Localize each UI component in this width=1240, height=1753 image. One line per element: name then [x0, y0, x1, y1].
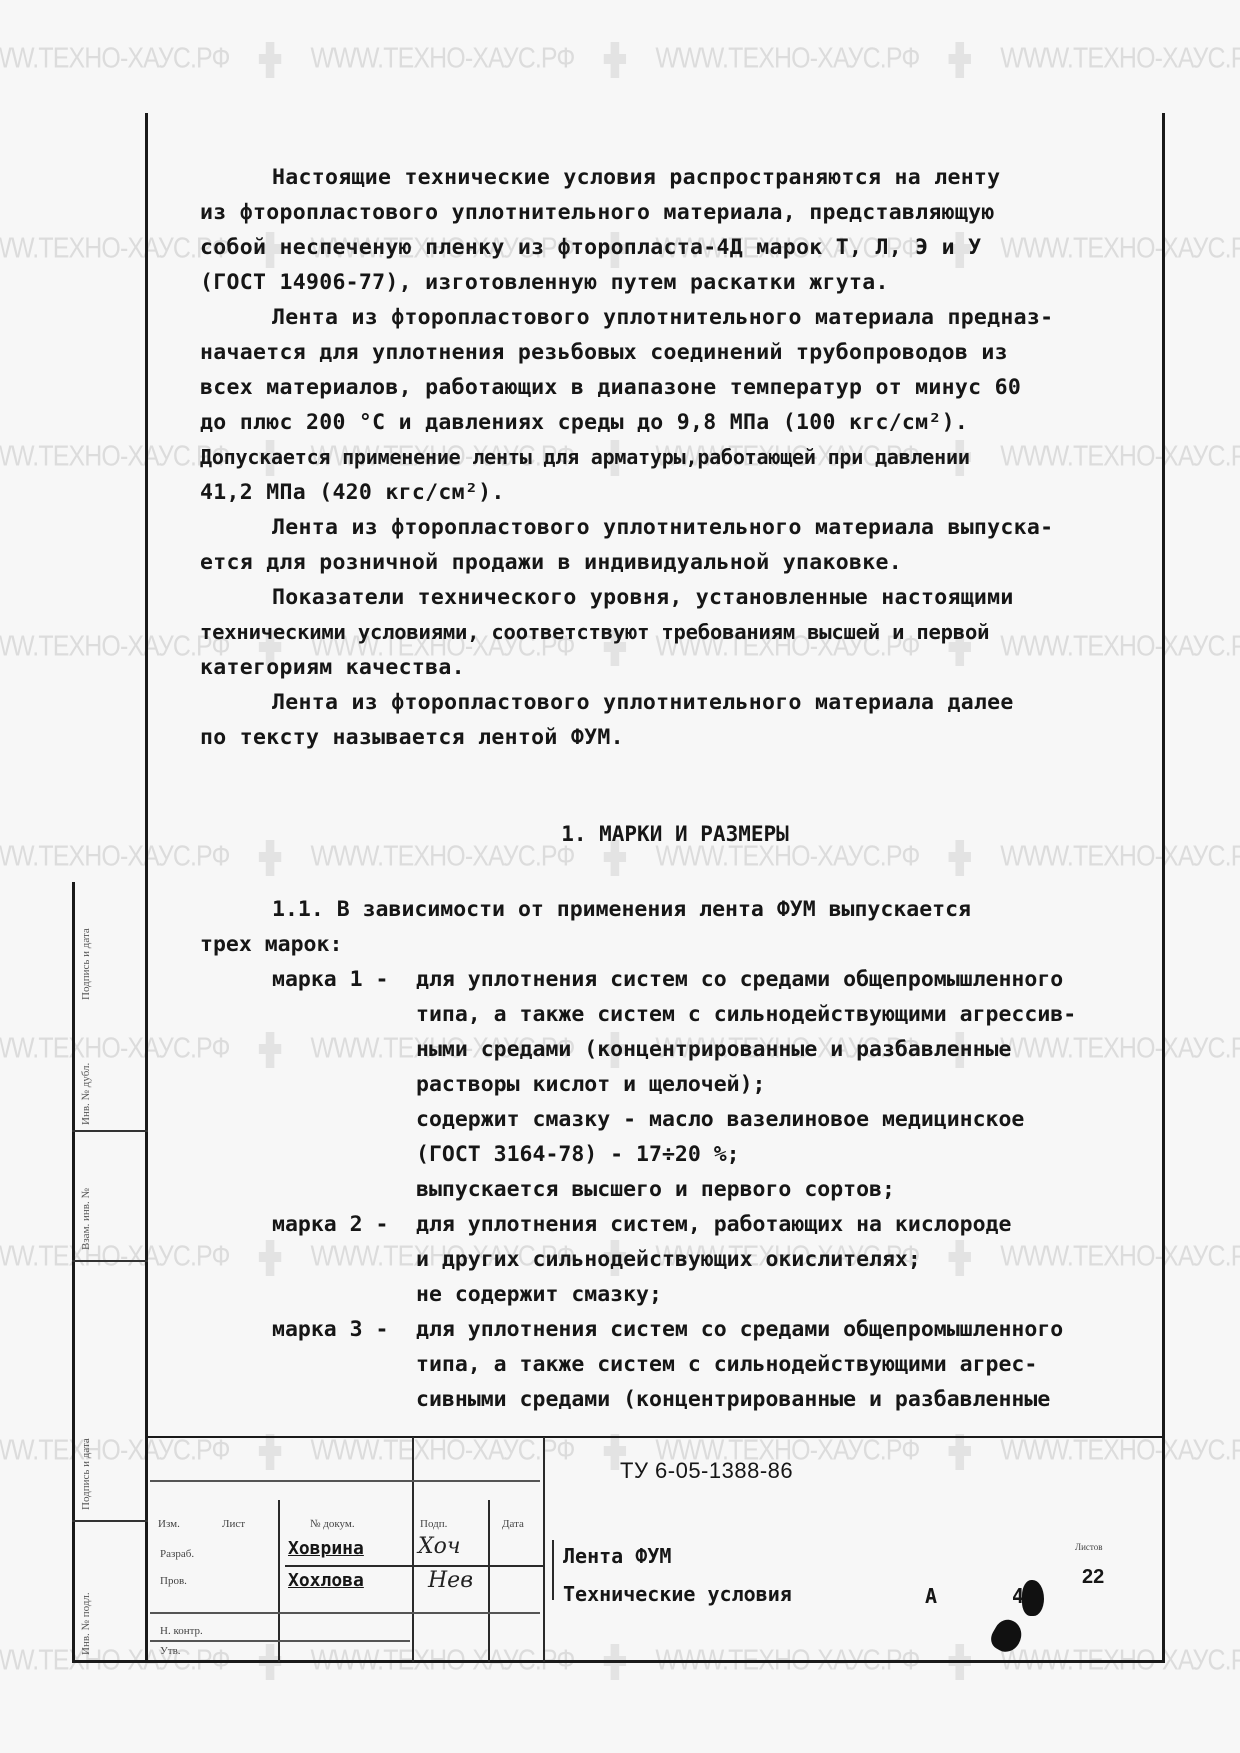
paragraph: Лента из фторопластового уплотнительного…: [200, 685, 1160, 755]
clause-1-1: 1.1. В зависимости от применения лента Ф…: [200, 892, 1160, 927]
document-code: ТУ 6-05-1388-86: [620, 1458, 793, 1484]
watermark-text: WWW.ТЕХНО-ХАУС.РФ: [310, 43, 574, 75]
margin-label-vzam: Взам. инв. №: [80, 1188, 92, 1250]
margin-column-border: [72, 882, 75, 1662]
margin-label-sign-date: Подпись и дата: [80, 1438, 92, 1510]
tb-role-approver: Утв.: [160, 1645, 181, 1657]
watermark-text: WWW.ТЕХНО-ХАУС.РФ: [1000, 43, 1240, 75]
watermark-text: WWW.ТЕХНО-ХАУС.РФ: [0, 1033, 230, 1065]
text-line: Лента из фторопластового уплотнительного…: [200, 300, 1160, 335]
tb-signature: Нев: [428, 1568, 473, 1593]
mark-item: марка 3 -для уплотнения систем со средам…: [200, 1312, 1160, 1347]
mark-text: типа, а также систем с сильнодействующим…: [200, 997, 1160, 1032]
watermark-logo-icon: [259, 1434, 281, 1470]
tb-header-date: Дата: [502, 1518, 524, 1530]
tb-role-checker: Пров.: [160, 1575, 187, 1587]
document-subtitle: Технические условия: [563, 1582, 792, 1606]
tb-header-list: Лист: [222, 1518, 245, 1530]
mark-text: и других сильнодействующих окислителях;: [200, 1242, 1160, 1277]
margin-label-inv-dubl: Инв. № дубл.: [80, 1063, 92, 1125]
watermark-text: WWW.ТЕХНО-ХАУС.РФ: [0, 441, 230, 473]
paragraph: Лента из фторопластового уплотнительного…: [200, 300, 1160, 510]
watermark-logo-icon: [949, 42, 971, 78]
tb-role-norm-control: Н. контр.: [160, 1625, 203, 1637]
title-block-divider: [412, 1437, 414, 1662]
mark-text: сивными средами (концентрированные и раз…: [200, 1382, 1160, 1417]
watermark-text: WWW.ТЕХНО-ХАУС.РФ: [0, 233, 230, 265]
text-line: до плюс 200 °С и давлениях среды до 9,8 …: [200, 405, 1160, 440]
watermark-text: WWW.ТЕХНО-ХАУС.РФ: [0, 1435, 230, 1467]
litera: А: [925, 1584, 937, 1608]
watermark-text: WWW.ТЕХНО-ХАУС.РФ: [310, 1435, 574, 1467]
margin-label-inv-podl: Инв. № подл.: [80, 1592, 92, 1655]
text-line: Показатели технического уровня, установл…: [200, 580, 1160, 615]
tb-signature: Хоч: [418, 1534, 461, 1559]
mark-text: для уплотнения систем, работающих на кис…: [416, 1207, 1160, 1242]
text-line: ется для розничной продажи в индивидуаль…: [200, 545, 1160, 580]
text-line: техническими условиями, соответствуют тр…: [200, 615, 1160, 650]
watermark-row: WWW.ТЕХНО-ХАУС.РФWWW.ТЕХНО-ХАУС.РФWWW.ТЕ…: [0, 42, 1066, 78]
tb-header-sign: Подп.: [420, 1518, 447, 1530]
title-block-divider: [552, 1540, 554, 1600]
mark-text: для уплотнения систем со средами общепро…: [416, 1312, 1160, 1347]
title-block-row-line: [150, 1480, 540, 1482]
text-line: Настоящие технические условия распростра…: [200, 160, 1160, 195]
mark-text: содержит смазку - масло вазелиновое меди…: [200, 1102, 1160, 1137]
ink-blot: [1022, 1580, 1044, 1616]
mark-text: выпускается высшего и первого сортов;: [200, 1172, 1160, 1207]
watermark-text: WWW.ТЕХНО-ХАУС.РФ: [0, 1241, 230, 1273]
title-block-divider: [278, 1500, 280, 1662]
tb-role-developer: Разраб.: [160, 1548, 194, 1560]
marks-section: 1.1. В зависимости от применения лента Ф…: [200, 892, 1160, 1417]
text-line: (ГОСТ 14906-77), изготовленную путем рас…: [200, 265, 1160, 300]
sheets-total: 22: [1082, 1566, 1104, 1589]
tb-name-developer: Ховрина: [288, 1538, 364, 1559]
document-title: Лента ФУМ: [563, 1544, 671, 1568]
title-block-top-border: [148, 1436, 1163, 1438]
margin-divider: [72, 1520, 148, 1522]
watermark-row: WWW.ТЕХНО-ХАУС.РФWWW.ТЕХНО-ХАУС.РФWWW.ТЕ…: [0, 1434, 1066, 1470]
title-block-row-line: [285, 1565, 545, 1567]
watermark-logo-icon: [949, 1434, 971, 1470]
title-block-row-line: [150, 1640, 410, 1642]
marks-list: марка 1 -для уплотнения систем со средам…: [200, 962, 1160, 1417]
watermark-text: WWW.ТЕХНО-ХАУС.РФ: [655, 43, 919, 75]
tb-header-izm: Изм.: [158, 1518, 180, 1530]
tb-header-doc: № докум.: [310, 1518, 355, 1530]
title-block-divider: [543, 1437, 545, 1662]
page-border-right: [1162, 113, 1165, 1663]
title-block-row-line: [150, 1612, 540, 1614]
paragraph: Настоящие технические условия распростра…: [200, 160, 1160, 300]
section-heading: 1. МАРКИ И РАЗМЕРЫ: [0, 822, 1240, 846]
mark-text: растворы кислот и щелочей);: [200, 1067, 1160, 1102]
text-line: Лента из фторопластового уплотнительного…: [200, 510, 1160, 545]
watermark-logo-icon: [604, 42, 626, 78]
text-line: 41,2 МПа (420 кгс/см²).: [200, 475, 1160, 510]
watermark-text: WWW.ТЕХНО-ХАУС.РФ: [0, 631, 230, 663]
watermark-logo-icon: [259, 42, 281, 78]
page-border-bottom: [72, 1660, 1165, 1663]
text-line: Допускается применение ленты для арматур…: [200, 440, 1160, 475]
tb-name-checker: Хохлова: [288, 1570, 364, 1591]
text-line: собой неспеченую пленку из фторопласта-4…: [200, 230, 1160, 265]
mark-key: марка 1 -: [200, 962, 416, 997]
text-line: по тексту называется лентой ФУМ.: [200, 720, 1160, 755]
mark-text: не содержит смазку;: [200, 1277, 1160, 1312]
paragraph: Лента из фторопластового уплотнительного…: [200, 510, 1160, 580]
intro-text: Настоящие технические условия распростра…: [200, 160, 1160, 755]
text-line: из фторопластового уплотнительного матер…: [200, 195, 1160, 230]
mark-text: типа, а также систем с сильнодействующим…: [200, 1347, 1160, 1382]
clause-1-1-cont: трех марок:: [200, 927, 1160, 962]
text-line: начается для уплотнения резьбовых соедин…: [200, 335, 1160, 370]
mark-key: марка 2 -: [200, 1207, 416, 1242]
text-line: всех материалов, работающих в диапазоне …: [200, 370, 1160, 405]
margin-divider: [72, 1130, 148, 1132]
text-line: категориям качества.: [200, 650, 1160, 685]
mark-text: (ГОСТ 3164-78) - 17÷20 %;: [200, 1137, 1160, 1172]
page-border-left: [145, 113, 148, 1663]
watermark-text: WWW.ТЕХНО-ХАУС.РФ: [0, 43, 230, 75]
mark-text: ными средами (концентрированные и разбав…: [200, 1032, 1160, 1067]
mark-key: марка 3 -: [200, 1312, 416, 1347]
mark-item: марка 1 -для уплотнения систем со средам…: [200, 962, 1160, 997]
watermark-text: WWW.ТЕХНО-ХАУС.РФ: [1000, 1435, 1240, 1467]
margin-label-sign-date-2: Подпись и дата: [80, 928, 92, 1000]
text-line: Лента из фторопластового уплотнительного…: [200, 685, 1160, 720]
mark-item: марка 2 -для уплотнения систем, работающ…: [200, 1207, 1160, 1242]
sheets-label: Листов: [1075, 1542, 1102, 1552]
mark-text: для уплотнения систем со средами общепро…: [416, 962, 1160, 997]
margin-divider: [72, 1260, 148, 1262]
title-block-divider: [488, 1500, 490, 1662]
paragraph: Показатели технического уровня, установл…: [200, 580, 1160, 685]
